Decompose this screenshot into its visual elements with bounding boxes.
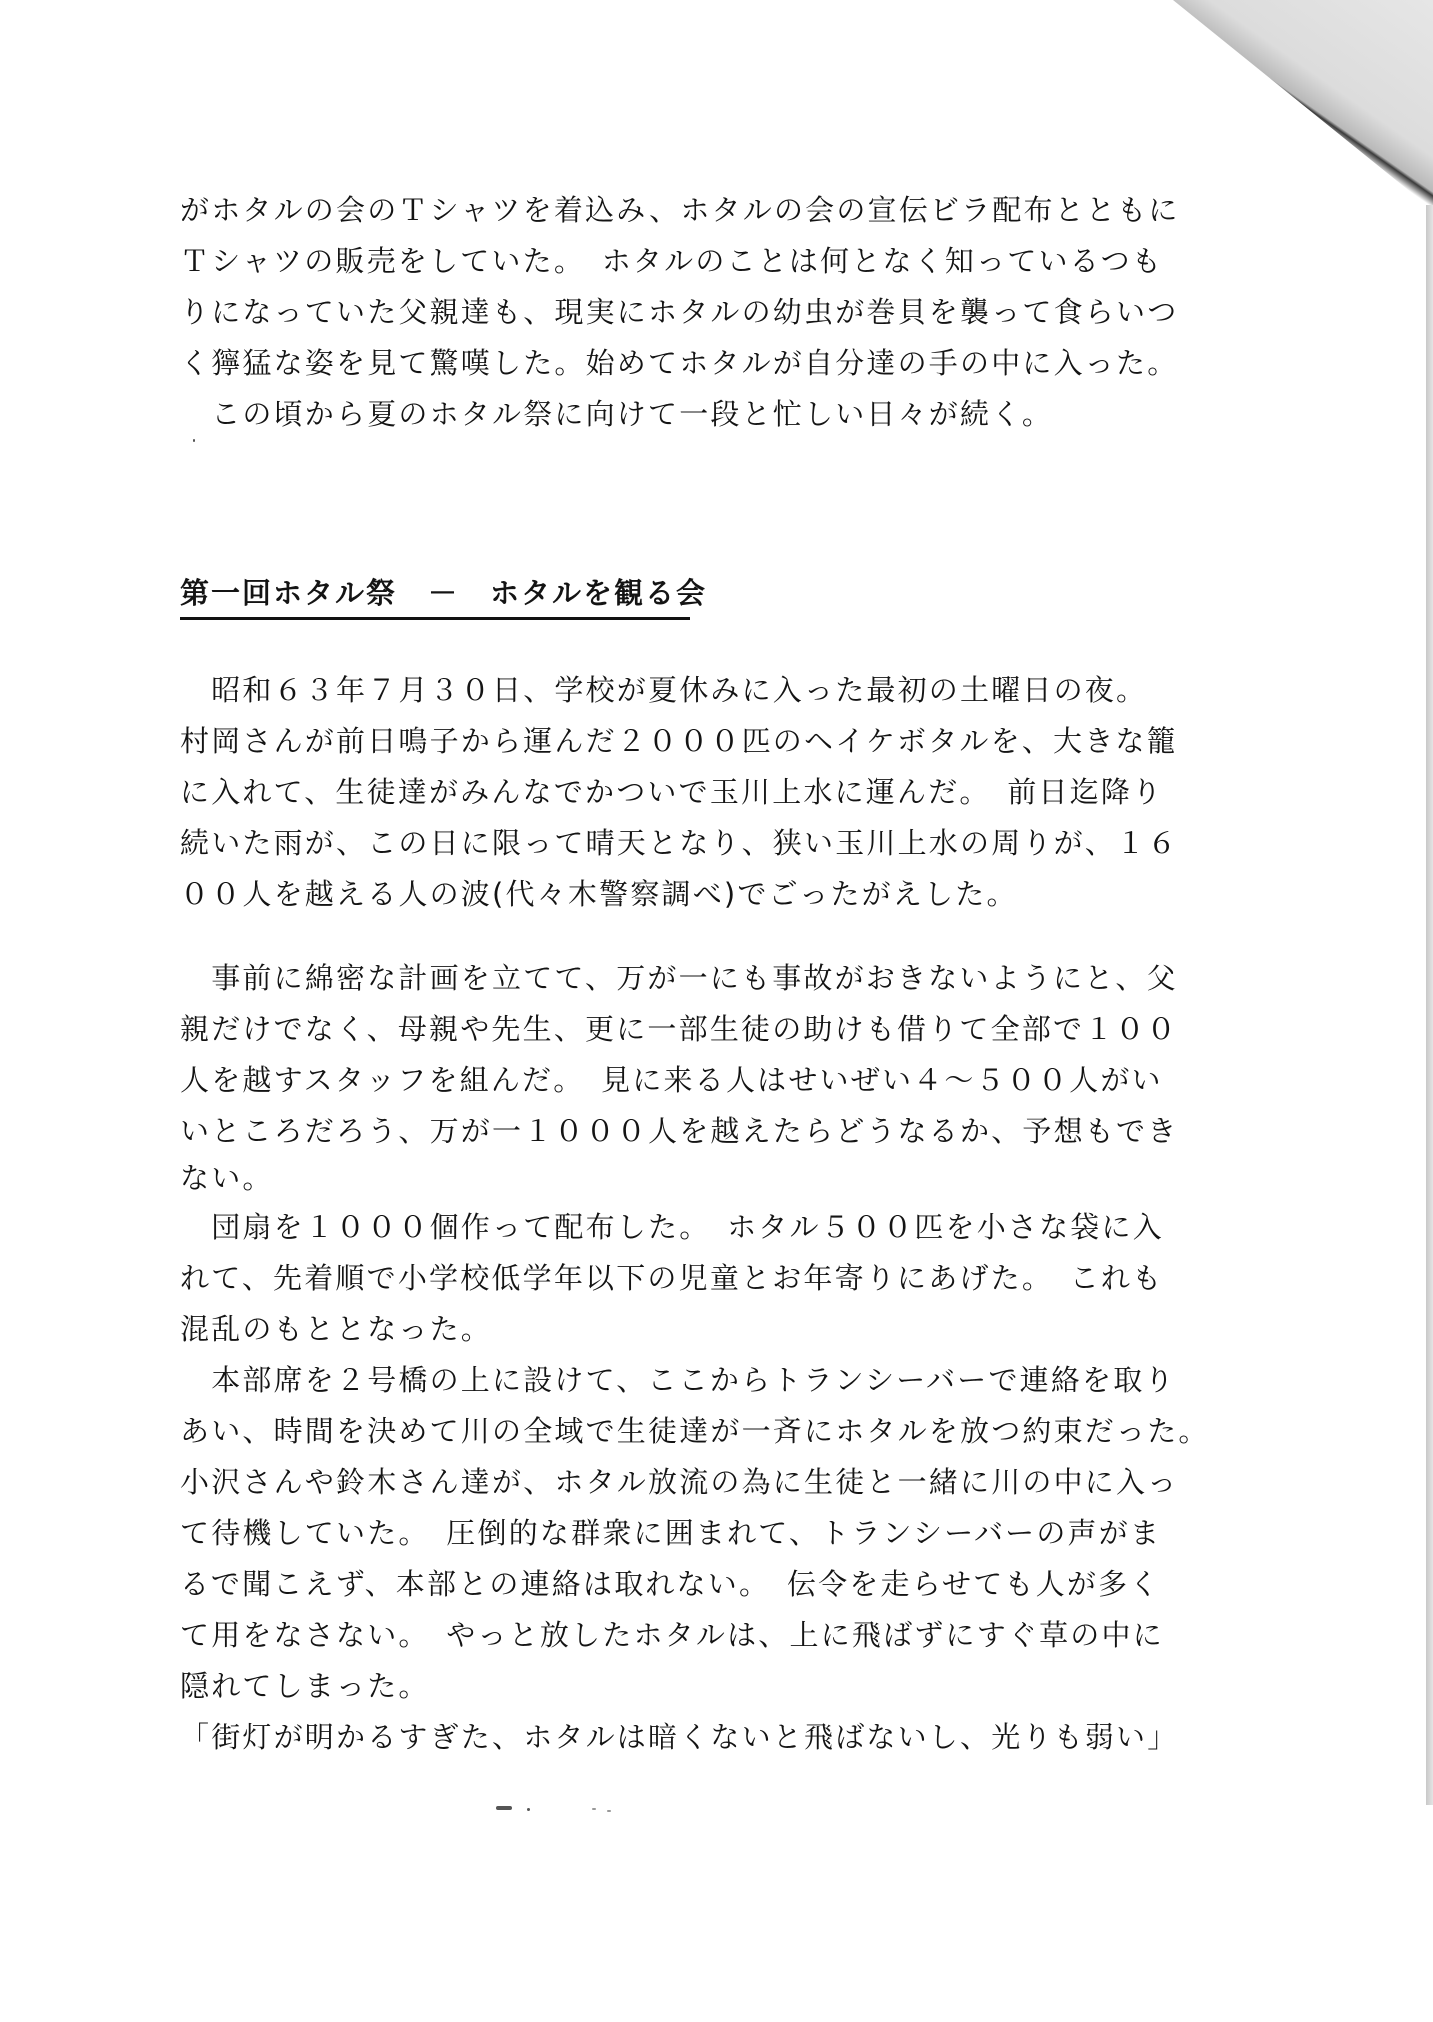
text-line: ない。 (180, 1160, 274, 1196)
scan-speck (193, 439, 195, 442)
text-line: 村岡さんが前日鳴子から運んだ２０００匹のヘイケボタルを、大きな籠 (180, 723, 1178, 759)
text-line: て用をなさない。 やっと放したホタルは、上に飛ばずにすぐ草の中に (180, 1617, 1164, 1653)
text-line: 人を越すスタッフを組んだ。 見に来る人はせいぜい４～５００人がい (180, 1062, 1163, 1098)
heading-underline (180, 617, 690, 620)
text-line: りになっていた父親達も、現実にホタルの幼虫が巻貝を襲って食らいつ (180, 294, 1178, 330)
text-line: 団扇を１０００個作って配布した。 ホタル５００匹を小さな袋に入 (180, 1209, 1164, 1245)
text-line: 小沢さんや鈴木さん達が、ホタル放流の為に生徒と一緒に川の中に入っ (180, 1464, 1178, 1500)
text-line: に入れて、生徒達がみんなでかついで玉川上水に運んだ。 前日迄降り (180, 774, 1163, 810)
section-heading: 第一回ホタル祭 － ホタルを観る会 (180, 575, 707, 611)
text-line: この頃から夏のホタル祭に向けて一段と忙しい日々が続く。 (180, 396, 1053, 432)
text-line: がホタルの会のＴシャツを着込み、ホタルの会の宣伝ビラ配布とともに (180, 192, 1180, 228)
scan-speck (496, 1806, 512, 1810)
text-line: 続いた雨が、この日に限って晴天となり、狭い玉川上水の周りが、１６ (180, 825, 1178, 861)
text-line: Ｔシャツの販売をしていた。 ホタルのことは何となく知っているつも (180, 243, 1163, 279)
text-line: 昭和６３年７月３０日、学校が夏休みに入った最初の土曜日の夜。 (180, 672, 1147, 708)
text-line: いところだろう、万が一１０００人を越えたらどうなるか、予想もでき (180, 1113, 1178, 1149)
text-line: て待機していた。 圧倒的な群衆に囲まれて、トランシーバーの声がま (180, 1515, 1161, 1551)
scan-speck (527, 1808, 530, 1811)
text-line: 本部席を２号橋の上に設けて、ここからトランシーバーで連絡を取り (180, 1362, 1176, 1398)
text-line: 混乱のもととなった。 (180, 1311, 492, 1347)
text-line: く獰猛な姿を見て驚嘆した。始めてホタルが自分達の手の中に入った。 (180, 345, 1178, 381)
text-line: るで聞こえず、本部との連絡は取れない。 伝令を走らせても人が多く (180, 1566, 1160, 1602)
text-line: ００人を越える人の波(代々木警察調べ)でごったがえした。 (180, 876, 1018, 912)
text-line: れて、先着順で小学校低学年以下の児童とお年寄りにあげた。 これも (180, 1260, 1163, 1296)
text-line: あい、時間を決めて川の全域で生徒達が一斉にホタルを放つ約束だった。 (180, 1413, 1210, 1449)
folded-corner (1173, 0, 1433, 210)
text-line: 事前に綿密な計画を立てて、万が一にも事故がおきないようにと、父 (180, 960, 1178, 996)
scan-speck (607, 1810, 611, 1812)
scanned-page: がホタルの会のＴシャツを着込み、ホタルの会の宣伝ビラ配布とともに Ｔシャツの販売… (0, 0, 1433, 2022)
scan-speck (592, 1808, 596, 1810)
quote-line: 「街灯が明かるすぎた、ホタルは暗くないと飛ばないし、光りも弱い」 (180, 1719, 1178, 1755)
text-line: 隠れてしまった。 (180, 1668, 430, 1704)
text-line: 親だけでなく、母親や先生、更に一部生徒の助けも借りて全部で１００ (180, 1011, 1178, 1047)
page-edge-shadow (1426, 205, 1433, 1805)
